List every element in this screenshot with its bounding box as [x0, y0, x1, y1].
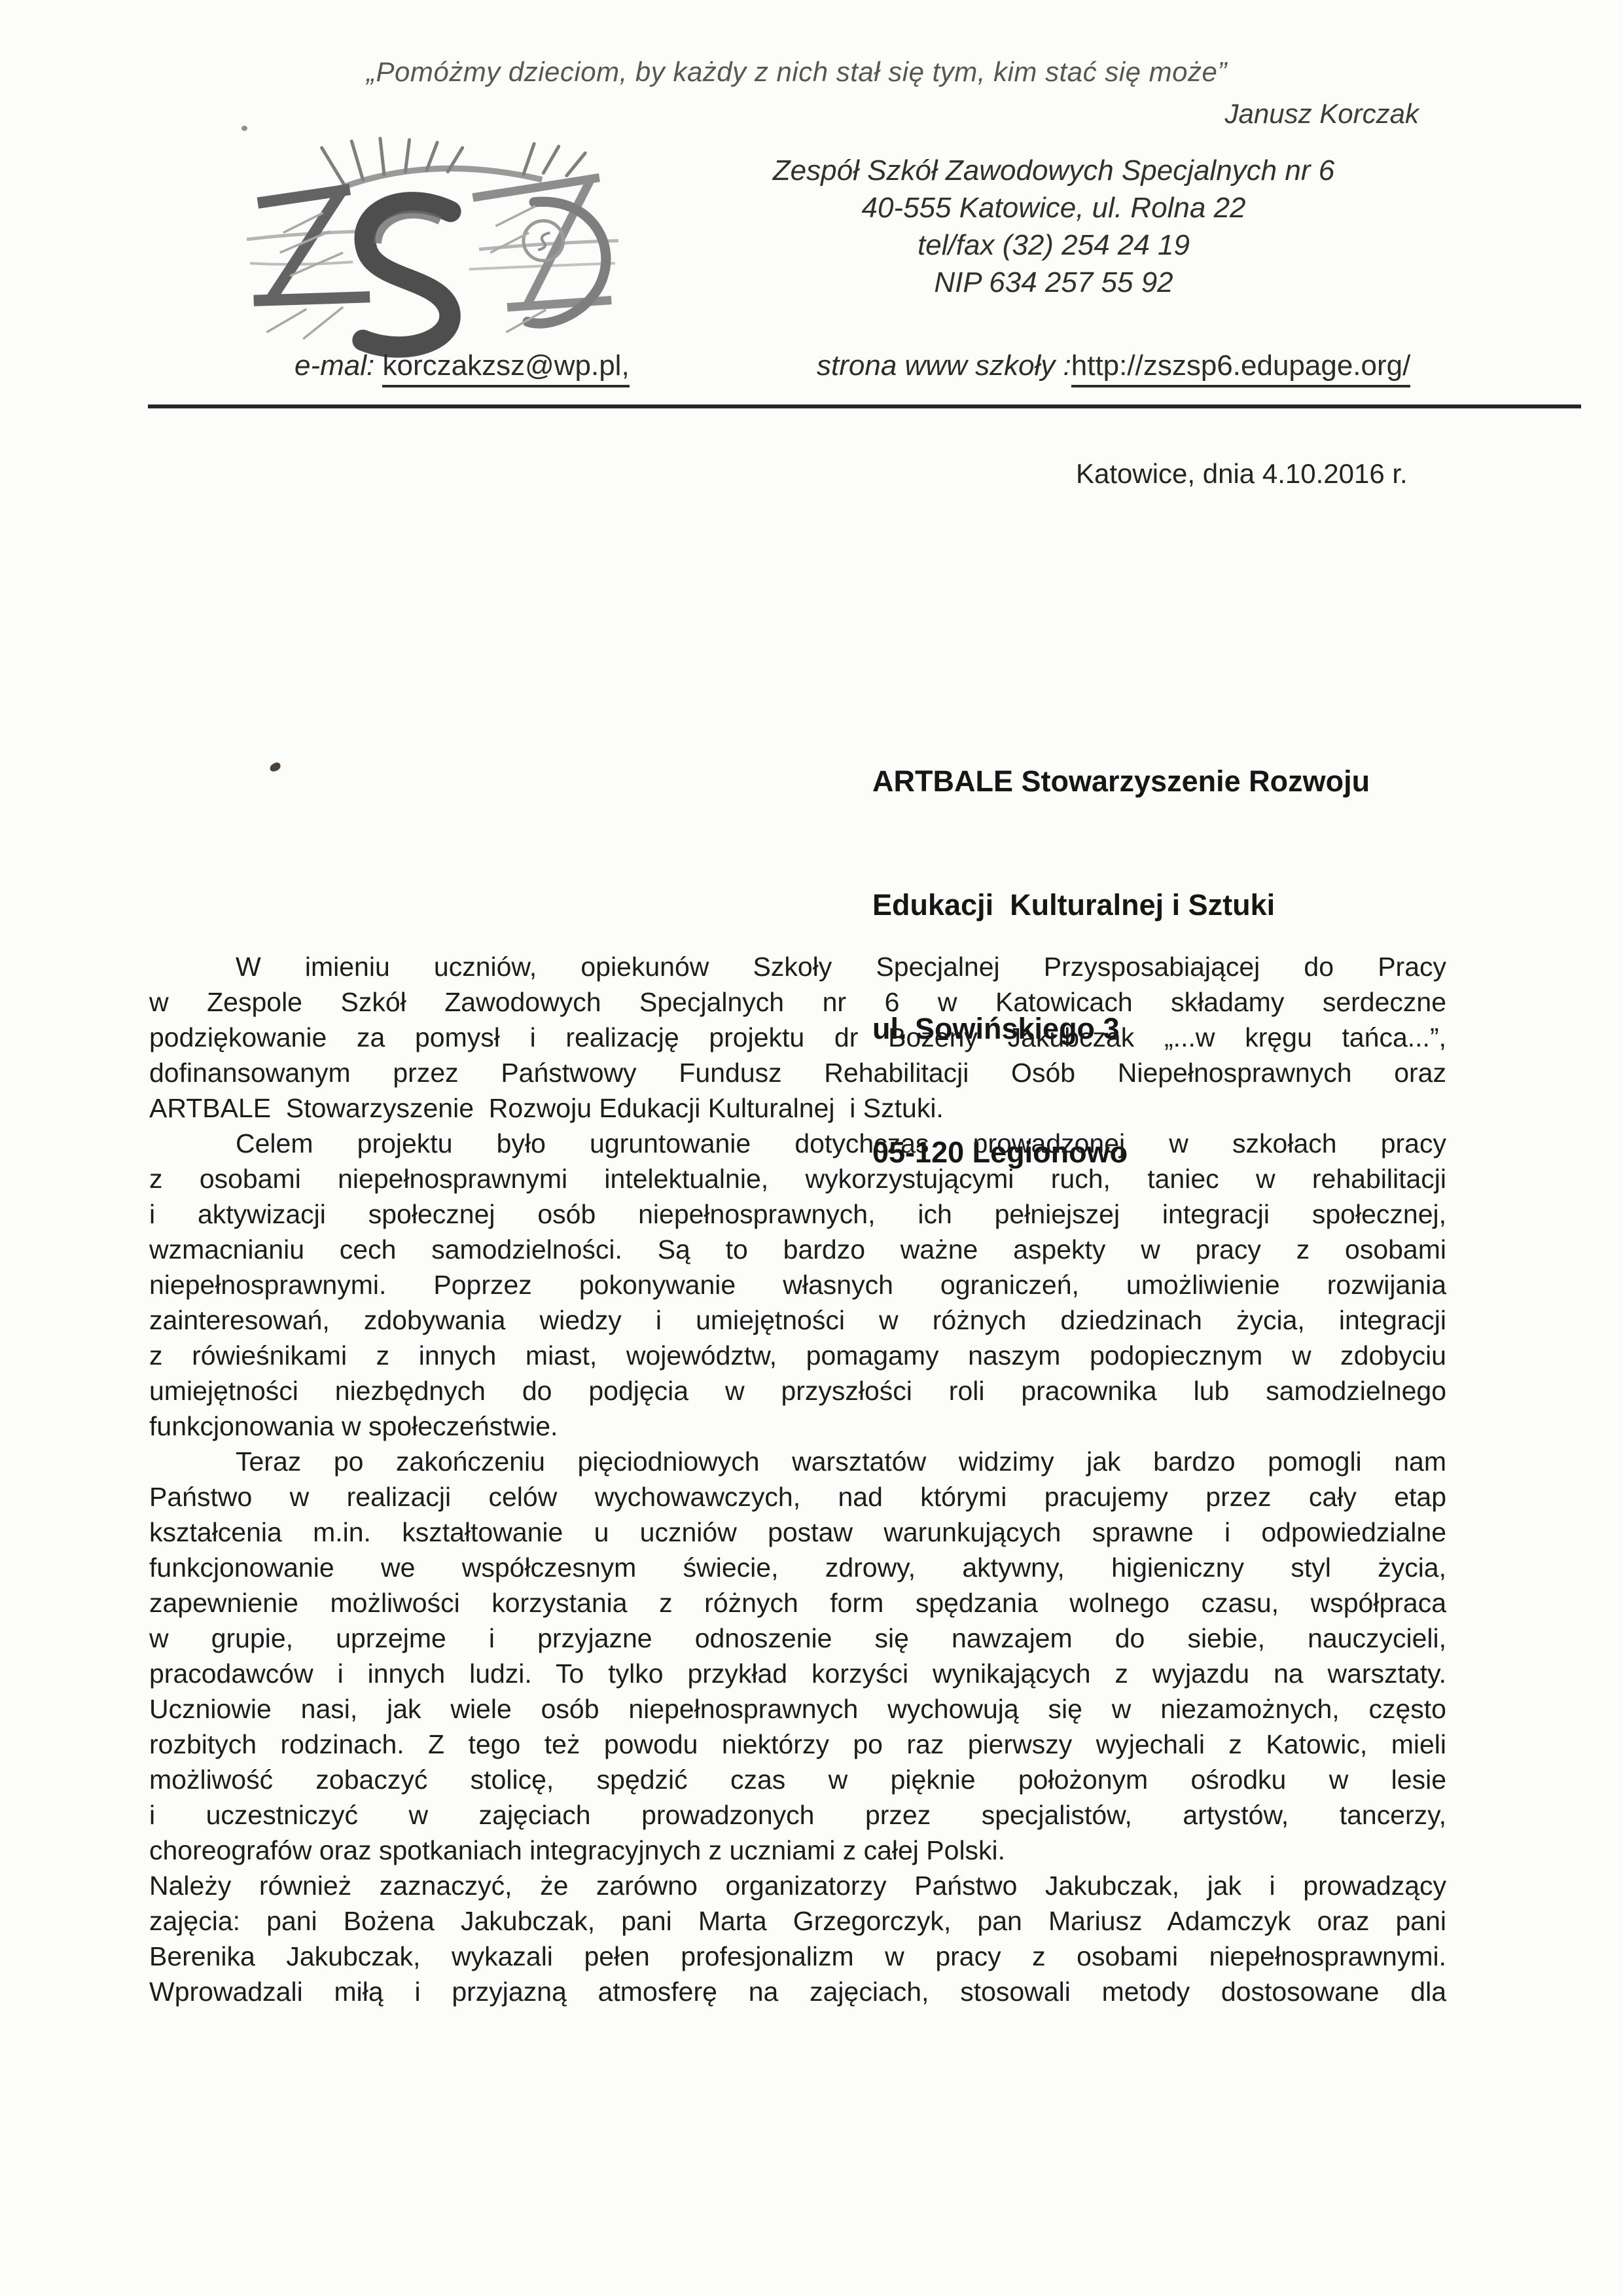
recipient-line: ARTBALE Stowarzyszenie Rozwoju — [872, 761, 1488, 802]
body-line: funkcjonowania w społeczeństwie. — [149, 1408, 1446, 1444]
school-address: 40-555 Katowice, ul. Rolna 22 — [707, 189, 1400, 226]
body-line: Celem projektu było ugruntowanie dotychc… — [149, 1126, 1446, 1161]
body-line: Wprowadzali miłą i przyjazną atmosferę n… — [149, 1974, 1446, 2009]
body-line: Teraz po zakończeniu pięciodniowych wars… — [149, 1444, 1446, 1479]
body-line: W imieniu uczniów, opiekunów Szkoły Spec… — [149, 949, 1446, 984]
body-line: w Zespole Szkół Zawodowych Specjalnych n… — [149, 984, 1446, 1020]
body-line: rozbitych rodzinach. Z tego też powodu n… — [149, 1727, 1446, 1762]
email-label: e-mal: — [294, 350, 382, 382]
body-line: Należy również zaznaczyć, że zarówno org… — [149, 1868, 1446, 1903]
body-line: wzmacnianiu cech samodzielności. Są to b… — [149, 1232, 1446, 1267]
body-line: dofinansowanym przez Państwowy Fundusz R… — [149, 1055, 1446, 1090]
school-letterhead: Zespół Szkół Zawodowych Specjalnych nr 6… — [707, 152, 1400, 301]
body-line: zainteresowań, zdobywania wiedzy i umiej… — [149, 1302, 1446, 1338]
website-row: strona www szkoły :http://zszsp6.edupage… — [817, 350, 1410, 382]
scan-speck — [241, 126, 247, 131]
recipient-line: Edukacji Kulturalnej i Sztuki — [872, 884, 1488, 925]
dateline: Katowice, dnia 4.10.2016 r. — [1076, 458, 1408, 490]
scanned-letter-page: „Pomóżmy dzieciom, by każdy z nich stał … — [0, 0, 1623, 2296]
body-line: funkcjonowanie we współczesnym świecie, … — [149, 1550, 1446, 1585]
body-line: i aktywizacji społecznej osób niepełnosp… — [149, 1196, 1446, 1232]
body-line: choreografów oraz spotkaniach integracyj… — [149, 1833, 1446, 1868]
email-row: e-mal: korczakzsz@wp.pl, — [294, 350, 630, 382]
body-line: Berenika Jakubczak, wykazali pełen profe… — [149, 1939, 1446, 1974]
body-line: i uczestniczyć w zajęciach prowadzonych … — [149, 1797, 1446, 1833]
body-line: kształcenia m.in. kształtowanie u ucznió… — [149, 1515, 1446, 1550]
body-text: W imieniu uczniów, opiekunów Szkoły Spec… — [149, 949, 1446, 2009]
body-line: ARTBALE Stowarzyszenie Rozwoju Edukacji … — [149, 1090, 1446, 1126]
body-line: podziękowanie za pomysł i realizację pro… — [149, 1020, 1446, 1055]
school-logo-drawing-icon — [243, 132, 622, 373]
body-line: z rówieśnikami z innych miast, województ… — [149, 1338, 1446, 1373]
motto-quote: „Pomóżmy dzieciom, by każdy z nich stał … — [366, 56, 1296, 88]
email-link[interactable]: korczakzsz@wp.pl, — [382, 350, 629, 387]
body-line: w grupie, uprzejme i przyjazne odnoszeni… — [149, 1621, 1446, 1656]
header-divider — [148, 404, 1581, 408]
body-line: pracodawców i innych ludzi. To tylko prz… — [149, 1656, 1446, 1691]
body-line: umiejętności niezbędnych do podjęcia w p… — [149, 1373, 1446, 1408]
body-line: zapewnienie możliwości korzystania z róż… — [149, 1585, 1446, 1621]
website-label: strona www szkoły : — [817, 350, 1071, 382]
website-link[interactable]: http://zszsp6.edupage.org/ — [1071, 350, 1411, 387]
body-line: możliwość zobaczyć stolicę, spędzić czas… — [149, 1762, 1446, 1797]
body-line: zajęcia: pani Bożena Jakubczak, pani Mar… — [149, 1903, 1446, 1939]
body-line: Państwo w realizacji celów wychowawczych… — [149, 1479, 1446, 1515]
body-line: z osobami niepełnosprawnymi intelektualn… — [149, 1161, 1446, 1196]
scan-speck — [268, 761, 281, 772]
body-line: Uczniowie nasi, jak wiele osób niepełnos… — [149, 1691, 1446, 1727]
school-name: Zespół Szkół Zawodowych Specjalnych nr 6 — [707, 152, 1400, 189]
school-telfax: tel/fax (32) 254 24 19 — [707, 226, 1400, 264]
body-line: niepełnosprawnymi. Poprzez pokonywanie w… — [149, 1267, 1446, 1302]
school-nip: NIP 634 257 55 92 — [707, 264, 1400, 301]
motto-author: Janusz Korczak — [1225, 98, 1419, 130]
